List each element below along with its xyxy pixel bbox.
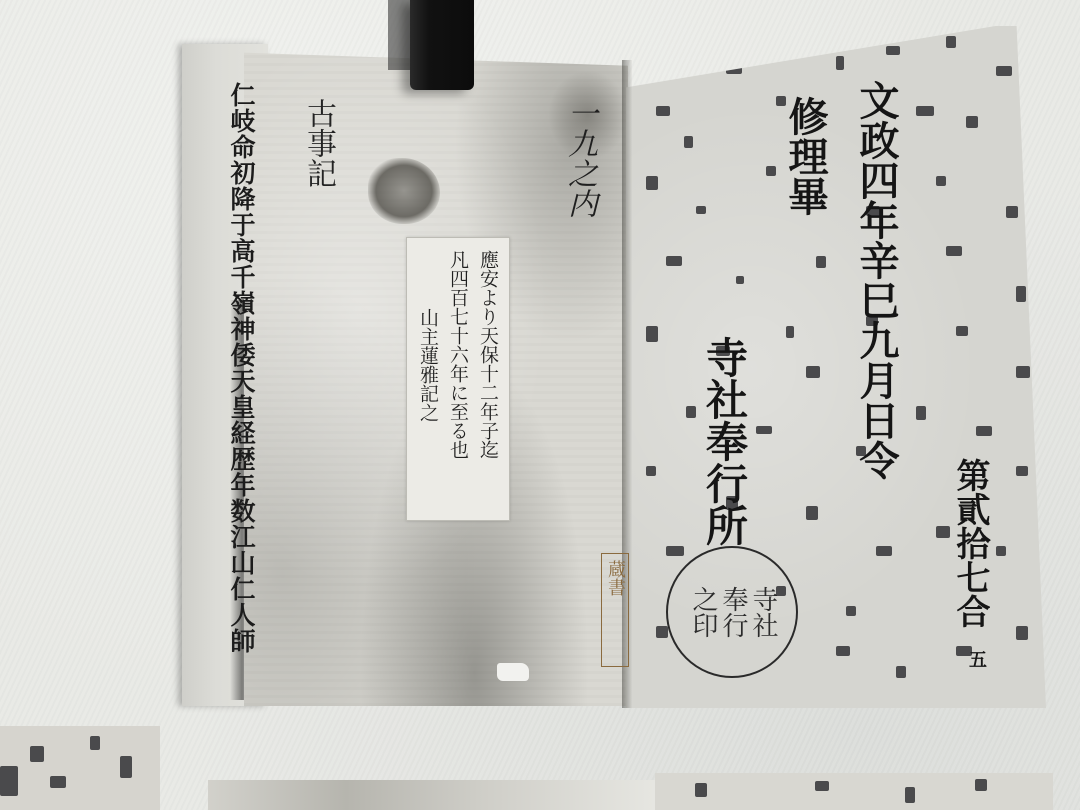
- date-inscription: 文政四年辛巳九月日令: [852, 80, 900, 480]
- note-line-2: 凡四百七十六年に至る也: [447, 250, 469, 459]
- cursive-label: 一九之内: [562, 98, 596, 218]
- bottom-left-fragment: [0, 726, 160, 810]
- repair-completed-inscription: 修理畢: [780, 96, 830, 216]
- pasted-note-slip: 應安より天保十二年子迄 凡四百七十六年に至る也 山主蓮雅記之: [406, 237, 510, 521]
- paper-tear: [497, 663, 529, 681]
- seal-glyph-2: 奉行: [718, 586, 748, 638]
- seal-glyph-1: 寺社: [748, 586, 778, 638]
- rectangular-seal: 蔵書: [601, 553, 629, 667]
- page-title: 古事記: [300, 98, 336, 188]
- black-binder-clip: [410, 0, 474, 90]
- water-stain: [368, 158, 440, 224]
- round-seal-stamp: 寺社 奉行 之印: [666, 546, 798, 678]
- seal-glyph-3: 之印: [688, 586, 718, 638]
- note-line-1: 應安より天保十二年子迄: [477, 250, 499, 459]
- bottom-right-fragment: [655, 773, 1053, 810]
- small-numeral: 五: [966, 650, 986, 668]
- magistrate-office-inscription: 寺社奉行所: [698, 336, 750, 546]
- bottom-middle-fragment: [208, 780, 668, 810]
- note-line-3: 山主蓮雅記之: [417, 308, 439, 422]
- seal-glyph: 蔵書: [604, 560, 626, 596]
- clip-shadow: [388, 0, 412, 70]
- spine-inscription: 仁岐命初降于高千嶺神倭天皇経歴年数江山仁人師: [226, 82, 256, 654]
- volume-number-inscription: 第貳拾七合: [950, 458, 990, 628]
